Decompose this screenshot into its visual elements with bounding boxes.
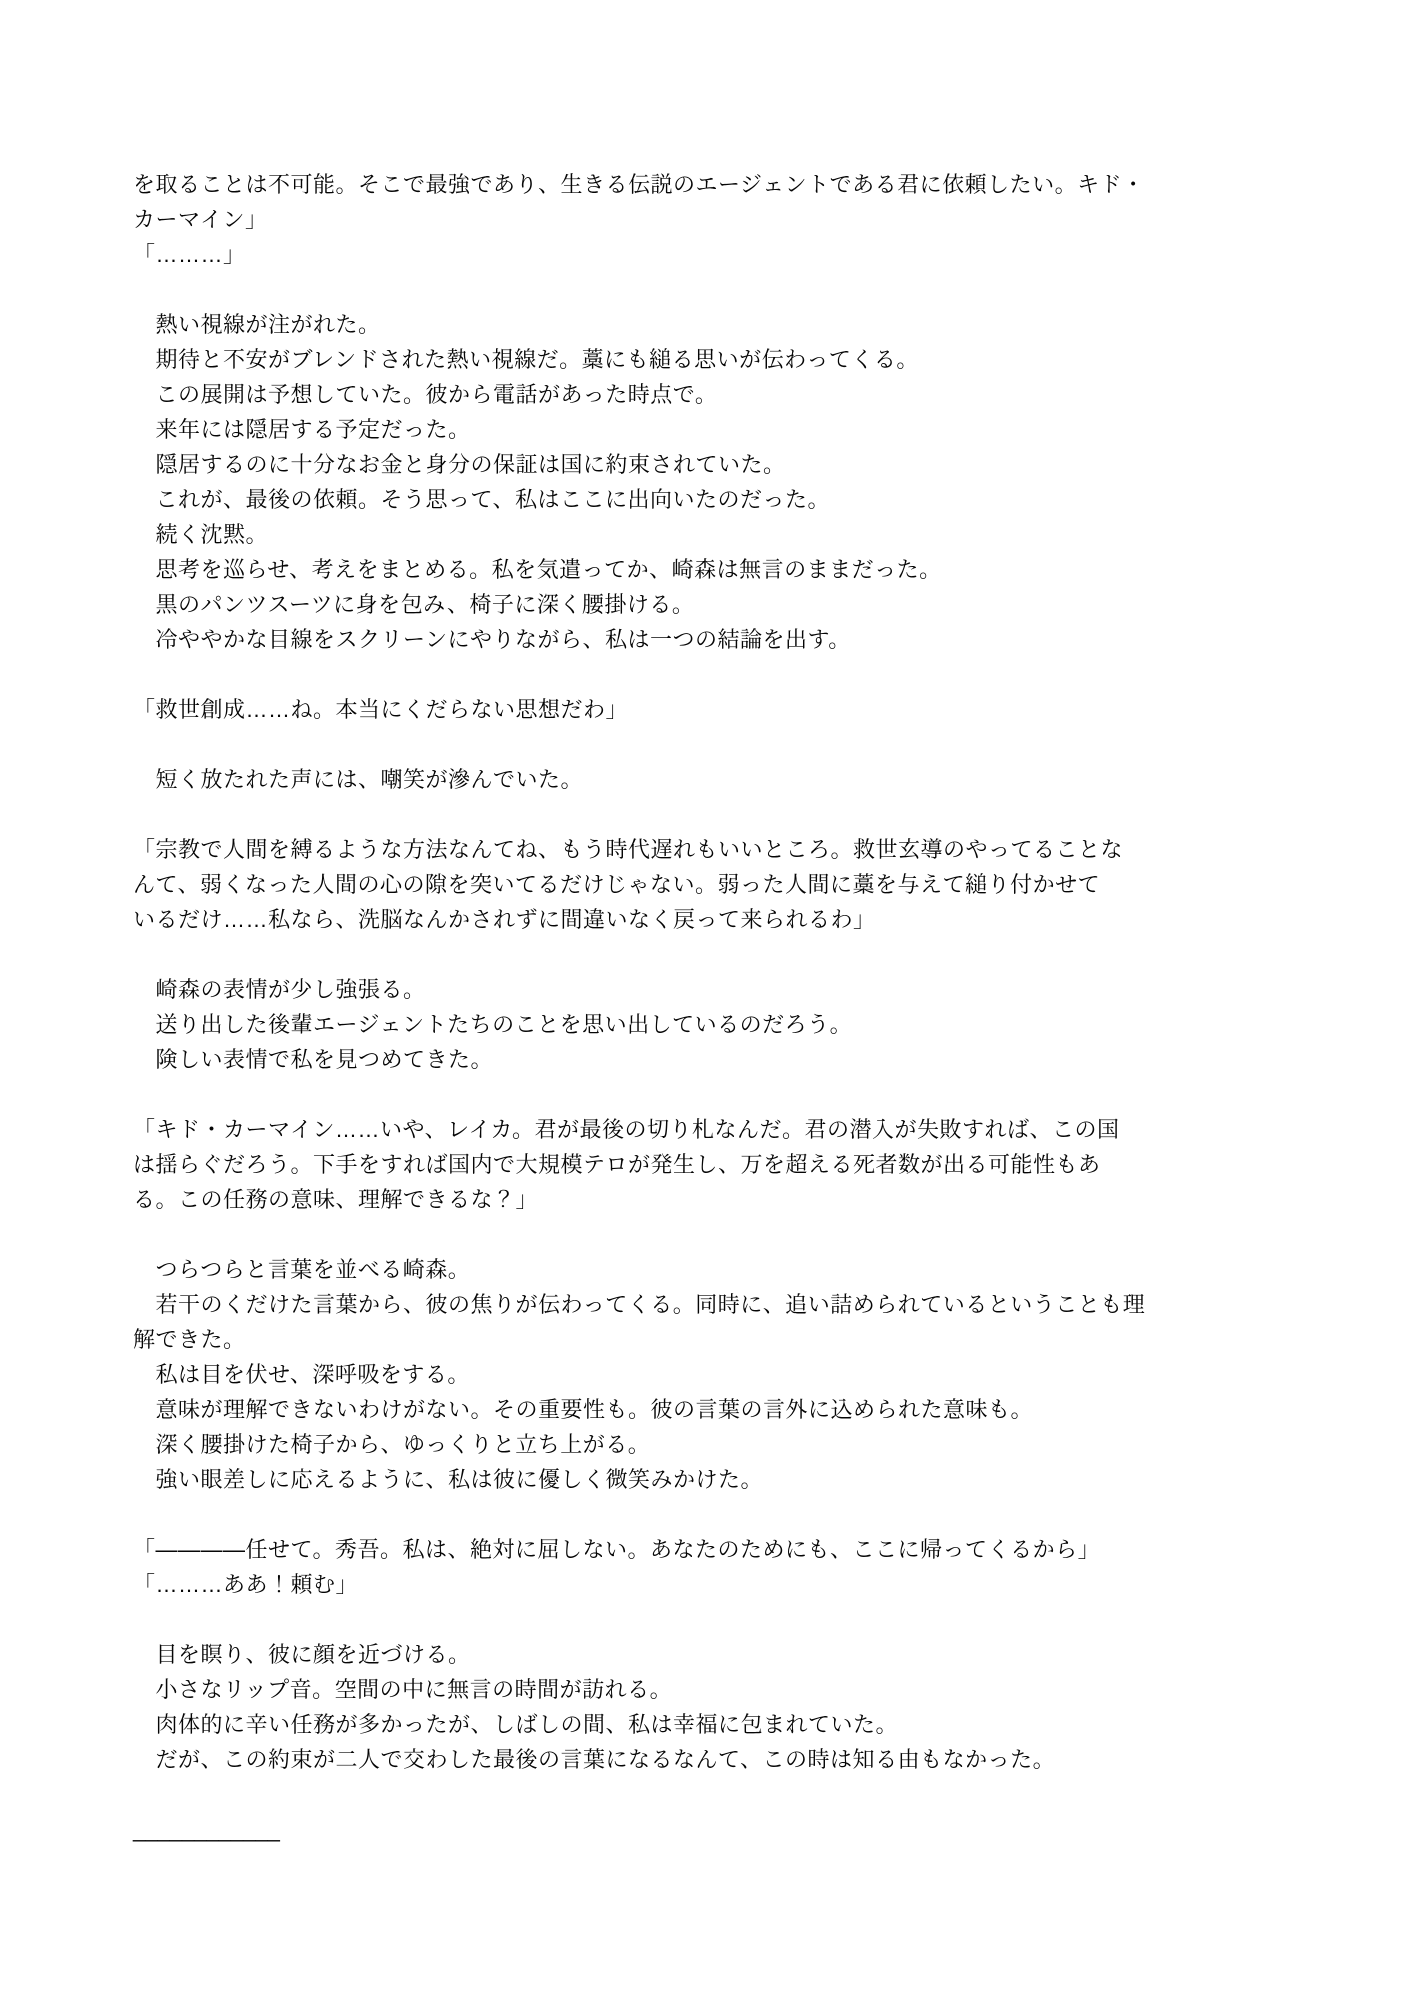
text-line: 「………」: [133, 237, 1304, 272]
text-line: 隠居するのに十分なお金と身分の保証は国に約束されていた。: [133, 447, 1304, 482]
text-line: いるだけ……私なら、洗脳なんかされずに間違いなく戻って来られるわ」: [133, 902, 1304, 937]
text-line: 崎森の表情が少し強張る。: [133, 972, 1304, 1007]
text-line: る。この任務の意味、理解できるな？」: [133, 1182, 1304, 1217]
text-line: つらつらと言葉を並べる崎森。: [133, 1252, 1304, 1287]
text-line: 私は目を伏せ、深呼吸をする。: [133, 1357, 1304, 1392]
text-line: を取ることは不可能。そこで最強であり、生きる伝説のエージェントである君に依頼した…: [133, 167, 1304, 202]
text-line: 深く腰掛けた椅子から、ゆっくりと立ち上がる。: [133, 1427, 1304, 1462]
text-line: 黒のパンツスーツに身を包み、椅子に深く腰掛ける。: [133, 587, 1304, 622]
text-line: この展開は予想していた。彼から電話があった時点で。: [133, 377, 1304, 412]
text-line: 「キド・カーマイン……いや、レイカ。君が最後の切り札なんだ。君の潜入が失敗すれば…: [133, 1112, 1304, 1147]
blank-line: [133, 1602, 1304, 1637]
blank-line: [133, 937, 1304, 972]
text-line: 短く放たれた声には、嘲笑が滲んでいた。: [133, 762, 1304, 797]
blank-line: [133, 727, 1304, 762]
blank-line: [133, 1497, 1304, 1532]
text-line: 熱い視線が注がれた。: [133, 307, 1304, 342]
blank-line: [133, 1777, 1304, 1812]
text-line: 肉体的に辛い任務が多かったが、しばしの間、私は幸福に包まれていた。: [133, 1707, 1304, 1742]
text-line: 意味が理解できないわけがない。その重要性も。彼の言葉の言外に込められた意味も。: [133, 1392, 1304, 1427]
text-line: 険しい表情で私を見つめてきた。: [133, 1042, 1304, 1077]
text-line: 「宗教で人間を縛るような方法なんてね、もう時代遅れもいいところ。救世玄導のやって…: [133, 832, 1304, 867]
text-line: 思考を巡らせ、考えをまとめる。私を気遣ってか、崎森は無言のままだった。: [133, 552, 1304, 587]
text-line: カーマイン」: [133, 202, 1304, 237]
text-line: 続く沈黙。: [133, 517, 1304, 552]
text-line: これが、最後の依頼。そう思って、私はここに出向いたのだった。: [133, 482, 1304, 517]
text-line: 「救世創成……ね。本当にくだらない思想だわ」: [133, 692, 1304, 727]
document-page: を取ることは不可能。そこで最強であり、生きる伝説のエージェントである君に依頼した…: [0, 0, 1414, 2000]
text-line: 期待と不安がブレンドされた熱い視線だ。藁にも縋る思いが伝わってくる。: [133, 342, 1304, 377]
text-line: んて、弱くなった人間の心の隙を突いてるだけじゃない。弱った人間に藁を与えて縋り付…: [133, 867, 1304, 902]
blank-line: [133, 1217, 1304, 1252]
text-line: 解できた。: [133, 1322, 1304, 1357]
text-line: 「………ああ！頼む」: [133, 1567, 1304, 1602]
divider-line: ____________: [133, 1812, 1304, 1847]
blank-line: [133, 1077, 1304, 1112]
blank-line: [133, 797, 1304, 832]
text-line: 「――――任せて。秀吾。私は、絶対に屈しない。あなたのためにも、ここに帰ってくる…: [133, 1532, 1304, 1567]
blank-line: [133, 657, 1304, 692]
text-line: 強い眼差しに応えるように、私は彼に優しく微笑みかけた。: [133, 1462, 1304, 1497]
page-text: を取ることは不可能。そこで最強であり、生きる伝説のエージェントである君に依頼した…: [133, 167, 1304, 1847]
text-line: 若干のくだけた言葉から、彼の焦りが伝わってくる。同時に、追い詰められているという…: [133, 1287, 1304, 1322]
text-line: 送り出した後輩エージェントたちのことを思い出しているのだろう。: [133, 1007, 1304, 1042]
text-line: 目を瞑り、彼に顔を近づける。: [133, 1637, 1304, 1672]
text-line: は揺らぐだろう。下手をすれば国内で大規模テロが発生し、万を超える死者数が出る可能…: [133, 1147, 1304, 1182]
text-line: 来年には隠居する予定だった。: [133, 412, 1304, 447]
text-line: 冷ややかな目線をスクリーンにやりながら、私は一つの結論を出す。: [133, 622, 1304, 657]
text-line: 小さなリップ音。空間の中に無言の時間が訪れる。: [133, 1672, 1304, 1707]
blank-line: [133, 272, 1304, 307]
text-line: だが、この約束が二人で交わした最後の言葉になるなんて、この時は知る由もなかった。: [133, 1742, 1304, 1777]
